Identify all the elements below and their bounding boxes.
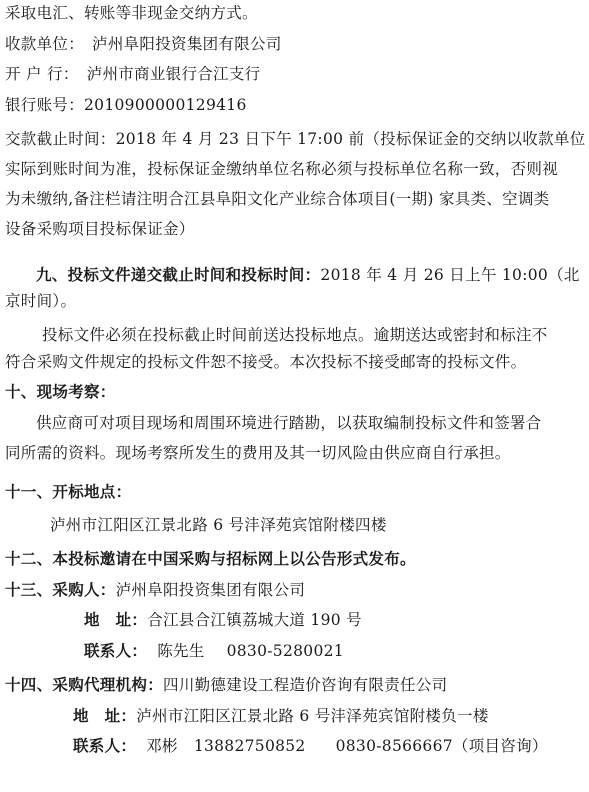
agency-address-label: 地 址： — [73, 707, 136, 725]
section10-body-1: 供应商可对项目现场和周围环境进行踏勘，以获取编制投标文件和签署合 — [36, 413, 542, 433]
section10-heading: 十、现场考察： — [5, 382, 116, 402]
section12-text: 十二、本投标邀请在中国采购与招标网上以公告形式发布。 — [5, 549, 416, 569]
opening-address: 泸州市江阳区江景北路 6 号沣泽苑宾馆附楼四楼 — [50, 515, 387, 535]
section13-row: 十三、采购人：泸州阜阳投资集团有限公司 — [5, 580, 305, 600]
section10-body-2: 同所需的资料。现场考察所发生的费用及其一切风险由供应商自行承担。 — [5, 443, 511, 463]
section9-heading-row: 九、投标文件递交截止时间和投标时间：2018 年 4 月 26 日上午 10:0… — [36, 265, 580, 285]
bank-label: 开 户 行： — [5, 65, 79, 83]
purchaser-contact-phone: 0830-5280021 — [227, 642, 344, 660]
agency-contact-label: 联系人： — [73, 737, 136, 755]
bank-value: 泸州市商业银行合江支行 — [87, 65, 261, 83]
section9-body-2: 符合采购文件规定的投标文件恕不接受。本次投标不接受邮寄的投标文件。 — [5, 352, 526, 372]
agency-contact-mobile: 13882750852 — [194, 737, 306, 755]
purchaser-name: 泸州阜阳投资集团有限公司 — [116, 581, 306, 599]
agency-address: 泸州市江阳区江景北路 6 号沣泽苑宾馆附楼负一楼 — [136, 707, 488, 725]
section14-row: 十四、采购代理机构：四川勤德建设工程造价咨询有限责任公司 — [5, 675, 447, 695]
deadline-line-4: 设备采购项目投标保证金） — [5, 219, 195, 239]
payee-value: 泸州阜阳投资集团有限公司 — [92, 35, 282, 53]
account-row: 银行账号：2010900000129416 — [5, 95, 247, 115]
payment-method-text: 采取电汇、转账等非现金交纳方式。 — [5, 3, 258, 23]
deadline-line-1: 交款截止时间：2018 年 4 月 23 日下午 17:00 前（投标保证金的交… — [5, 129, 586, 149]
agency-contact-row: 联系人：邓彬138827508520830-8566667（项目咨询） — [73, 736, 548, 756]
section9-heading: 九、投标文件递交截止时间和投标时间： — [36, 266, 320, 284]
bank-row: 开 户 行：泸州市商业银行合江支行 — [5, 64, 260, 84]
section9-time-cont: 京时间）。 — [5, 291, 76, 311]
purchaser-contact-name: 陈先生 — [157, 642, 204, 660]
section9-body-1: 投标文件必须在投标截止时间前送达投标地点。逾期送达或密封和标注不 — [42, 325, 548, 345]
section11-heading: 十一、开标地点： — [5, 482, 131, 502]
payee-row: 收款单位：泸州阜阳投资集团有限公司 — [5, 34, 282, 54]
deadline-line-2: 实际到账时间为准，投标保证金缴纳单位名称必须与投标单位名称一致，否则视 — [5, 159, 558, 179]
purchaser-contact-label: 联系人： — [84, 642, 147, 660]
section13-heading: 十三、采购人： — [5, 581, 116, 599]
section14-heading: 十四、采购代理机构： — [5, 676, 163, 694]
account-label: 银行账号： — [5, 96, 84, 114]
agency-address-row: 地 址：泸州市江阳区江景北路 6 号沣泽苑宾馆附楼负一楼 — [73, 706, 489, 726]
account-value: 2010900000129416 — [84, 96, 247, 114]
payee-label: 收款单位： — [5, 35, 84, 53]
agency-contact-phone: 0830-8566667（项目咨询） — [336, 737, 548, 755]
section9-time: 2018 年 4 月 26 日上午 10:00（北 — [320, 266, 579, 284]
agency-contact-name: 邓彬 — [146, 737, 178, 755]
purchaser-address: 合江县合江镇荔城大道 190 号 — [147, 611, 362, 629]
agency-name: 四川勤德建设工程造价咨询有限责任公司 — [163, 676, 447, 694]
purchaser-contact-row: 联系人：陈先生0830-5280021 — [84, 641, 344, 661]
purchaser-address-label: 地 址： — [84, 611, 147, 629]
deadline-line-3: 为未缴纳,备注栏请注明合江县阜阳文化产业综合体项目(一期) 家具类、空调类 — [5, 189, 550, 209]
purchaser-address-row: 地 址：合江县合江镇荔城大道 190 号 — [84, 610, 362, 630]
